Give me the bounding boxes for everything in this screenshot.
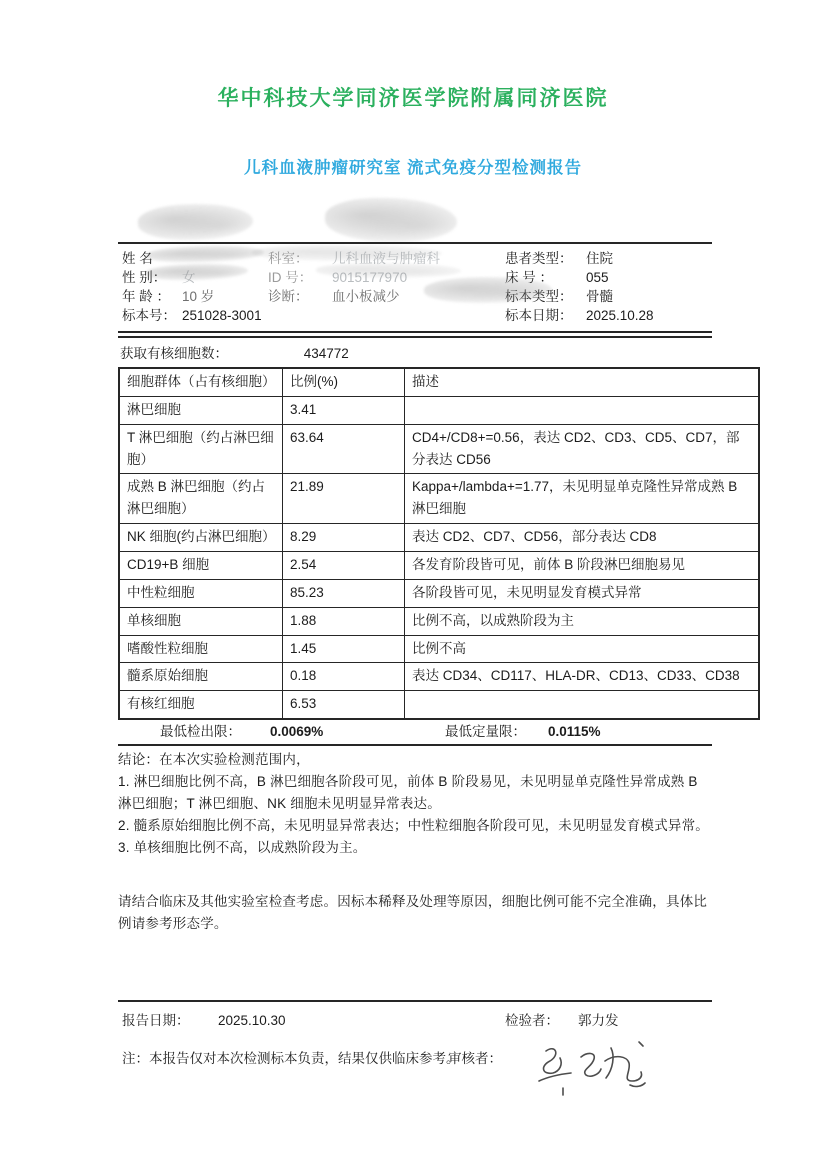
loq-label: 最低定量限： <box>445 720 526 744</box>
specimen-date-value: 2025.10.28 <box>586 306 654 325</box>
specimen-type-label: 标本类型： <box>505 287 573 306</box>
patient-type-value: 住院 <box>586 249 613 268</box>
table-row: CD19+B 细胞 2.54 各发育阶段皆可见，前体 B 阶段淋巴细胞易见 <box>119 552 759 580</box>
report-page: 华中科技大学同济医学院附属同济医院 儿科血液肿瘤研究室 流式免疫分型检测报告 姓… <box>0 0 826 1169</box>
description-cell <box>405 691 760 719</box>
footer-row: 报告日期： 2025.10.30 检验者： 郭力发 <box>118 1011 712 1031</box>
table-header-row: 细胞群体（占有核细胞） 比例(%) 描述 <box>119 368 759 396</box>
population-cell: NK 细胞(约占淋巴细胞） <box>119 524 283 552</box>
lod-value: 0.0069% <box>270 720 323 744</box>
population-cell: 有核红细胞 <box>119 691 283 719</box>
description-cell: CD4+/CD8+=0.56，表达 CD2、CD3、CD5、CD7，部分表达 C… <box>405 424 760 474</box>
report-date-label: 报告日期： <box>122 1011 190 1031</box>
table-row: T 淋巴细胞（约占淋巴细胞） 63.64 CD4+/CD8+=0.56，表达 C… <box>119 424 759 474</box>
percent-cell: 2.54 <box>283 552 405 580</box>
percent-cell: 3.41 <box>283 396 405 424</box>
age-label: 年 龄 ： <box>122 287 170 306</box>
conclusion-item: 3. 单核细胞比例不高，以成熟阶段为主。 <box>118 837 712 859</box>
description-cell: 比例不高 <box>405 635 760 663</box>
conclusion-section: 结论：在本次实验检测范围内， 1. 淋巴细胞比例不高，B 淋巴细胞各阶段可见，前… <box>118 749 712 859</box>
gender-label: 性 别： <box>122 268 166 287</box>
percent-cell: 1.45 <box>283 635 405 663</box>
patient-info-row: 性 别： 女 ID 号： 9015177970 床 号 ： 055 <box>118 268 712 287</box>
table-row: 嗜酸性粒细胞 1.45 比例不高 <box>119 635 759 663</box>
percent-cell: 1.88 <box>283 607 405 635</box>
conclusion-heading: 结论：在本次实验检测范围内， <box>118 749 712 771</box>
acquired-cells-label: 获取有核细胞数： <box>120 346 228 361</box>
description-cell: 表达 CD2、CD7、CD56，部分表达 CD8 <box>405 524 760 552</box>
id-label: ID 号： <box>268 268 312 287</box>
population-cell: CD19+B 细胞 <box>119 552 283 580</box>
patient-info-row: 标本号： 251028-3001 标本日期： 2025.10.28 <box>118 306 712 325</box>
description-cell <box>405 396 760 424</box>
table-row: 单核细胞 1.88 比例不高，以成熟阶段为主 <box>119 607 759 635</box>
percent-cell: 21.89 <box>283 474 405 524</box>
specimen-no-label: 标本号： <box>122 306 176 325</box>
percent-cell: 0.18 <box>283 663 405 691</box>
header-percent: 比例(%) <box>283 368 405 396</box>
examiner-label: 检验者： <box>505 1011 559 1031</box>
specimen-no-value: 251028-3001 <box>182 306 262 325</box>
reviewer-signature <box>526 1035 656 1097</box>
header-population: 细胞群体（占有核细胞） <box>119 368 283 396</box>
population-cell: 淋巴细胞 <box>119 396 283 424</box>
diagnosis-label: 诊断： <box>268 287 309 306</box>
description-cell: 各阶段皆可见，未见明显发育模式异常 <box>405 579 760 607</box>
description-cell: 各发育阶段皆可见，前体 B 阶段淋巴细胞易见 <box>405 552 760 580</box>
population-cell: 中性粒细胞 <box>119 579 283 607</box>
table-row: 中性粒细胞 85.23 各阶段皆可见，未见明显发育模式异常 <box>119 579 759 607</box>
population-cell: 成熟 B 淋巴细胞（约占淋巴细胞） <box>119 474 283 524</box>
report-footer: 报告日期： 2025.10.30 检验者： 郭力发 注：本报告仅对本次检测标本负… <box>118 1000 712 1069</box>
id-value: 9015177970 <box>332 268 407 287</box>
bed-value: 055 <box>586 268 609 287</box>
table-row: 有核红细胞 6.53 <box>119 691 759 719</box>
note-paragraph: 请结合临床及其他实验室检查考虑。因标本稀释及处理等原因，细胞比例可能不完全准确，… <box>118 891 712 935</box>
loq-value: 0.0115% <box>548 720 601 744</box>
description-cell: 比例不高，以成熟阶段为主 <box>405 607 760 635</box>
percent-cell: 8.29 <box>283 524 405 552</box>
table-row: 成熟 B 淋巴细胞（约占淋巴细胞） 21.89 Kappa+/lambda+=1… <box>119 474 759 524</box>
population-cell: T 淋巴细胞（约占淋巴细胞） <box>119 424 283 474</box>
table-row: 淋巴细胞 3.41 <box>119 396 759 424</box>
redaction-smudge <box>137 202 253 242</box>
population-cell: 髓系原始细胞 <box>119 663 283 691</box>
acquired-cells-row: 获取有核细胞数： 434772 <box>118 336 712 367</box>
patient-info-section: 姓 名 科室： 儿科血液与肿瘤科 患者类型： 住院 性 别： 女 ID 号： 9… <box>118 242 712 333</box>
population-cell: 嗜酸性粒细胞 <box>119 635 283 663</box>
age-value: 10 岁 <box>182 287 214 306</box>
lod-label: 最低检出限： <box>160 720 241 744</box>
header-description: 描述 <box>405 368 760 396</box>
acquired-cells-value: 434772 <box>304 346 349 361</box>
description-cell: Kappa+/lambda+=1.77，未见明显单克隆性异常成熟 B 淋巴细胞 <box>405 474 760 524</box>
conclusion-item: 1. 淋巴细胞比例不高，B 淋巴细胞各阶段可见，前体 B 阶段易见，未见明显单克… <box>118 771 712 815</box>
specimen-type-value: 骨髓 <box>586 287 613 306</box>
patient-type-label: 患者类型： <box>505 249 573 268</box>
patient-info-row: 年 龄 ： 10 岁 诊断： 血小板减少 标本类型： 骨髓 <box>118 287 712 306</box>
diagnosis-value: 血小板减少 <box>332 287 400 306</box>
examiner-value: 郭力发 <box>578 1011 619 1031</box>
department-label: 科室： <box>268 249 309 268</box>
patient-info-row: 姓 名 科室： 儿科血液与肿瘤科 患者类型： 住院 <box>118 249 712 268</box>
redaction-smudge <box>325 197 458 243</box>
results-section: 获取有核细胞数： 434772 细胞群体（占有核细胞） 比例(%) 描述 淋巴细… <box>118 336 712 935</box>
reviewer-label: 审核者： <box>448 1049 502 1069</box>
detection-limits-row: 最低检出限： 0.0069% 最低定量限： 0.0115% <box>118 720 712 746</box>
population-cell: 单核细胞 <box>119 607 283 635</box>
percent-cell: 85.23 <box>283 579 405 607</box>
gender-value: 女 <box>182 268 196 287</box>
conclusion-item: 2. 髓系原始细胞比例不高，未见明显异常表达；中性粒细胞各阶段可见，未见明显发育… <box>118 815 712 837</box>
hospital-title: 华中科技大学同济医学院附属同济医院 <box>0 82 826 112</box>
specimen-date-label: 标本日期： <box>505 306 573 325</box>
description-cell: 表达 CD34、CD117、HLA-DR、CD13、CD33、CD38 <box>405 663 760 691</box>
percent-cell: 6.53 <box>283 691 405 719</box>
table-row: 髓系原始细胞 0.18 表达 CD34、CD117、HLA-DR、CD13、CD… <box>119 663 759 691</box>
disclaimer-text: 注：本报告仅对本次检测标本负责，结果仅供临床参考。 <box>122 1049 460 1069</box>
cell-population-table: 细胞群体（占有核细胞） 比例(%) 描述 淋巴细胞 3.41 T 淋巴细胞（约占… <box>118 367 760 720</box>
bed-label: 床 号 ： <box>505 268 553 287</box>
footer-row: 注：本报告仅对本次检测标本负责，结果仅供临床参考。 审核者： <box>118 1049 712 1069</box>
report-date-value: 2025.10.30 <box>218 1011 286 1031</box>
percent-cell: 63.64 <box>283 424 405 474</box>
report-title: 儿科血液肿瘤研究室 流式免疫分型检测报告 <box>0 154 826 178</box>
department-value: 儿科血液与肿瘤科 <box>332 249 440 268</box>
name-label: 姓 名 <box>122 249 153 268</box>
table-row: NK 细胞(约占淋巴细胞） 8.29 表达 CD2、CD7、CD56，部分表达 … <box>119 524 759 552</box>
